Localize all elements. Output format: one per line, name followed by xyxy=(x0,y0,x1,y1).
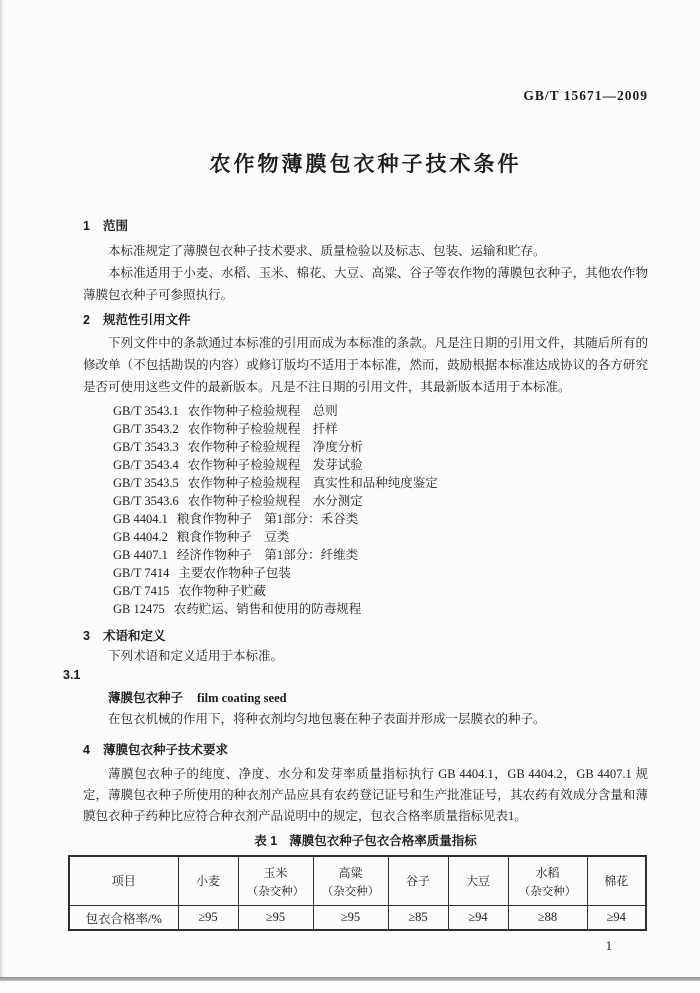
reference-title: 农作物种子检验规程 水分测定 xyxy=(188,494,363,508)
table-header-sorghum: 高粱（杂交种） xyxy=(313,856,388,906)
reference-title: 农作物种子检验规程 真实性和品种纯度鉴定 xyxy=(188,476,438,490)
reference-item: GB 4404.2粮食作物种子 豆类 xyxy=(83,528,648,546)
reference-code: GB/T 7415 xyxy=(113,582,169,600)
table-caption: 表 1薄膜包衣种子包衣合格率质量指标 xyxy=(83,831,648,849)
section-4-number: 4 xyxy=(83,743,90,757)
table-header-wheat: 小麦 xyxy=(178,856,238,906)
section-4-title: 薄膜包衣种子技术要求 xyxy=(103,743,228,757)
value-cotton: ≥94 xyxy=(587,906,646,931)
reference-item: GB/T 7414主要农作物种子包装 xyxy=(83,564,648,582)
reference-item: GB/T 3543.1农作物种子检验规程 总则 xyxy=(83,402,648,420)
value-maize: ≥95 xyxy=(238,906,313,931)
normative-references-list: GB/T 3543.1农作物种子检验规程 总则 GB/T 3543.2农作物种子… xyxy=(83,402,648,618)
reference-title: 主要农作物种子包装 xyxy=(178,566,291,580)
section-4-heading: 4薄膜包衣种子技术要求 xyxy=(83,740,648,758)
reference-title: 农作物种子贮藏 xyxy=(178,584,266,598)
reference-item: GB 4404.1粮食作物种子 第1部分：禾谷类 xyxy=(83,510,648,528)
table-header-item: 项目 xyxy=(69,856,178,906)
section-3-heading: 3术语和定义 xyxy=(83,626,648,644)
reference-title: 农药贮运、销售和使用的防毒规程 xyxy=(174,602,362,616)
page-title: 农作物薄膜包衣种子技术条件 xyxy=(83,148,648,178)
page-number: 1 xyxy=(83,939,648,954)
reference-item: GB/T 3543.5农作物种子检验规程 真实性和品种纯度鉴定 xyxy=(83,474,648,492)
reference-code: GB/T 3543.4 xyxy=(113,456,179,474)
reference-item: GB/T 3543.4农作物种子检验规程 发芽试验 xyxy=(83,456,648,474)
reference-title: 农作物种子检验规程 净度分析 xyxy=(188,440,363,454)
clause-number: 3.1 xyxy=(63,666,648,684)
reference-title: 粮食作物种子 豆类 xyxy=(177,530,290,544)
term-definition-line: 薄膜包衣种子film coating seed xyxy=(83,688,648,708)
section-2-title: 规范性引用文件 xyxy=(103,313,191,327)
reference-title: 农作物种子检验规程 总则 xyxy=(188,404,338,418)
value-soybean: ≥94 xyxy=(448,906,508,931)
document-page: GB/T 15671—2009 农作物薄膜包衣种子技术条件 1范围 本标准规定了… xyxy=(0,0,700,993)
section-3-title: 术语和定义 xyxy=(103,629,166,643)
reference-code: GB/T 3543.5 xyxy=(113,474,179,492)
scan-left-edge-shadow xyxy=(0,0,4,978)
table-data-row: 包衣合格率/% ≥95 ≥95 ≥95 ≥85 ≥94 ≥88 ≥94 xyxy=(69,906,646,931)
section-2-number: 2 xyxy=(83,313,90,327)
term-english: film coating seed xyxy=(197,691,287,705)
reference-item: GB/T 3543.2农作物种子检验规程 扦样 xyxy=(83,420,648,438)
section-1-title: 范围 xyxy=(103,219,128,233)
section-3-number: 3 xyxy=(83,629,90,643)
term-definition-text: 在包衣机械的作用下，将种衣剂均匀地包裹在种子表面并形成一层膜衣的种子。 xyxy=(83,708,648,730)
reference-code: GB 4407.1 xyxy=(113,546,168,564)
reference-item: GB 4407.1经济作物种子 第1部分：纤维类 xyxy=(83,546,648,564)
reference-item: GB/T 3543.6农作物种子检验规程 水分测定 xyxy=(83,492,648,510)
reference-item: GB 12475农药贮运、销售和使用的防毒规程 xyxy=(83,600,648,618)
reference-item: GB/T 3543.3农作物种子检验规程 净度分析 xyxy=(83,438,648,456)
term-chinese: 薄膜包衣种子 xyxy=(108,691,183,705)
section-1-number: 1 xyxy=(83,219,90,233)
table-caption-label: 表 1 xyxy=(254,834,277,848)
standard-code: GB/T 15671—2009 xyxy=(83,0,648,104)
reference-code: GB 4404.2 xyxy=(113,528,168,546)
reference-title: 农作物种子检验规程 发芽试验 xyxy=(188,458,363,472)
section-3-intro: 下列术语和定义适用于本标准。 xyxy=(83,646,648,666)
value-sorghum: ≥95 xyxy=(313,906,388,931)
table-header-row: 项目 小麦 玉米（杂交种） 高粱（杂交种） 谷子 大豆 水稻（杂交种） 棉花 xyxy=(69,856,646,906)
value-rice: ≥88 xyxy=(508,906,587,931)
value-millet: ≥85 xyxy=(388,906,448,931)
reference-item: GB/T 7415农作物种子贮藏 xyxy=(83,582,648,600)
quality-index-table: 项目 小麦 玉米（杂交种） 高粱（杂交种） 谷子 大豆 水稻（杂交种） 棉花 包… xyxy=(68,855,647,931)
table-caption-text: 薄膜包衣种子包衣合格率质量指标 xyxy=(289,834,477,848)
reference-code: GB/T 3543.6 xyxy=(113,492,179,510)
reference-title: 农作物种子检验规程 扦样 xyxy=(188,422,338,436)
row-label-coating-pass-rate: 包衣合格率/% xyxy=(69,906,178,931)
reference-code: GB 4404.1 xyxy=(113,510,168,528)
section-1-paragraph-1: 本标准规定了薄膜包衣种子技术要求、质量检验以及标志、包装、运输和贮存。 xyxy=(83,240,648,262)
table-header-maize: 玉米（杂交种） xyxy=(238,856,313,906)
table-header-soybean: 大豆 xyxy=(448,856,508,906)
reference-code: GB 12475 xyxy=(113,600,165,618)
reference-code: GB/T 7414 xyxy=(113,564,169,582)
reference-title: 经济作物种子 第1部分：纤维类 xyxy=(177,548,358,562)
section-2-intro: 下列文件中的条款通过本标准的引用而成为本标准的条款。凡是注日期的引用文件，其随后… xyxy=(83,332,648,398)
table-header-rice: 水稻（杂交种） xyxy=(508,856,587,906)
section-1-heading: 1范围 xyxy=(83,216,648,234)
page-content: GB/T 15671—2009 农作物薄膜包衣种子技术条件 1范围 本标准规定了… xyxy=(83,0,648,954)
reference-code: GB/T 3543.1 xyxy=(113,402,179,420)
reference-title: 粮食作物种子 第1部分：禾谷类 xyxy=(177,512,358,526)
value-wheat: ≥95 xyxy=(178,906,238,931)
table-header-cotton: 棉花 xyxy=(587,856,646,906)
reference-code: GB/T 3543.3 xyxy=(113,438,179,456)
section-2-heading: 2规范性引用文件 xyxy=(83,310,648,328)
scan-below-edge-area xyxy=(0,981,700,993)
section-1-paragraph-2: 本标准适用于小麦、水稻、玉米、棉花、大豆、高粱、谷子等农作物的薄膜包衣种子，其他… xyxy=(83,262,648,306)
table-header-millet: 谷子 xyxy=(388,856,448,906)
section-4-paragraph: 薄膜包衣种子的纯度、净度、水分和发芽率质量指标执行 GB 4404.1，GB 4… xyxy=(83,764,648,827)
reference-code: GB/T 3543.2 xyxy=(113,420,179,438)
